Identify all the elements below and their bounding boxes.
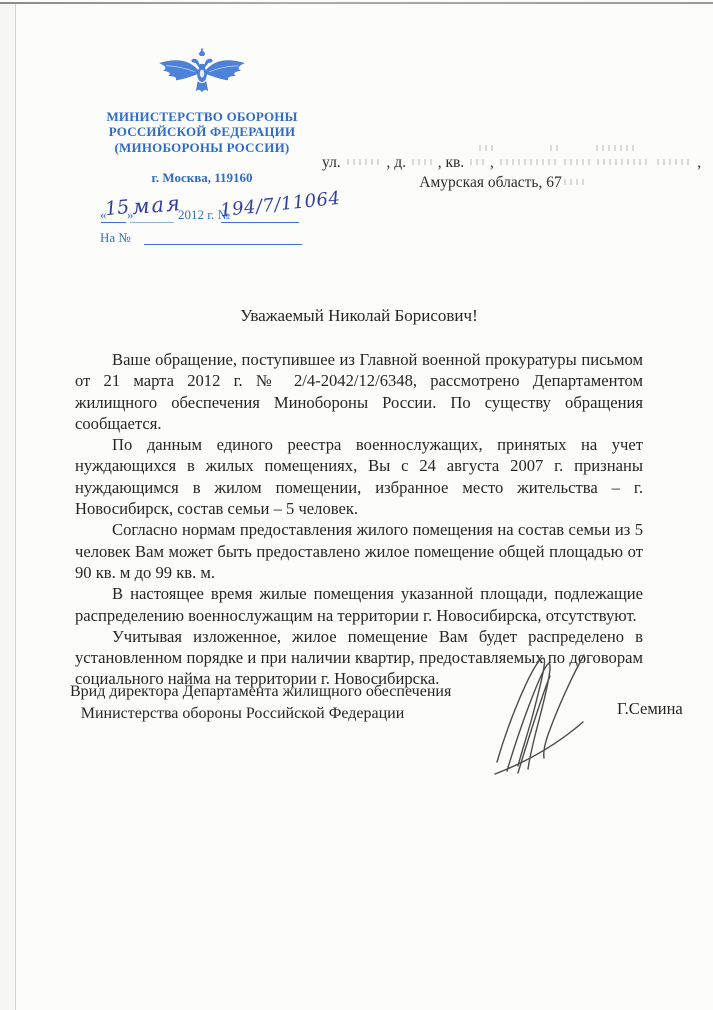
scan-edge-left — [15, 4, 16, 1010]
org-name-line1: МИНИСТЕРСТВО ОБОРОНЫ — [82, 109, 322, 124]
signer-name: Г.Семина — [617, 699, 683, 719]
letter-body: Ваше обращение, поступившее из Главной в… — [75, 349, 643, 690]
scan-edge-left-band — [0, 4, 15, 1010]
reference-underline — [144, 228, 302, 245]
signer-position-block: Врид директора Департамента жилищного об… — [70, 681, 415, 724]
region-text: Амурская область, 67 — [419, 174, 561, 191]
erased-text-trace — [564, 159, 590, 165]
body-paragraph: Согласно нормам предоставления жилого по… — [75, 519, 643, 583]
letterhead-city-line: г. Москва, 119160 — [82, 170, 322, 186]
recipient-address-block: ул. , д. , кв. , , Амурская область, 67 — [322, 136, 708, 192]
erased-house-number — [412, 159, 432, 165]
erased-postal-digits — [564, 179, 584, 185]
letterhead: МИНИСТЕРСТВО ОБОРОНЫ РОССИЙСКОЙ ФЕДЕРАЦИ… — [82, 48, 322, 186]
body-paragraph: Ваше обращение, поступившее из Главной в… — [75, 349, 643, 434]
street-prefix: ул. — [322, 154, 341, 171]
line-end-comma: , — [697, 154, 701, 171]
erased-text-trace — [596, 145, 638, 151]
erased-street-name — [347, 159, 381, 165]
salutation: Уважаемый Николай Борисович! — [75, 306, 643, 326]
body-paragraph: В настоящее время жилые помещения указан… — [75, 583, 643, 626]
handwritten-month: мая — [131, 191, 183, 219]
erased-text-trace — [597, 159, 649, 165]
handwritten-signature-icon — [487, 652, 601, 776]
erased-text-trace — [657, 159, 691, 165]
org-name-line2: РОССИЙСКОЙ ФЕДЕРАЦИИ — [82, 124, 322, 139]
erased-address-line — [322, 136, 708, 152]
scanned-letter-page: МИНИСТЕРСТВО ОБОРОНЫ РОССИЙСКОЙ ФЕДЕРАЦИ… — [0, 0, 713, 1010]
street-address-line: ул. , д. , кв. , , — [322, 152, 708, 173]
org-name-line3: (МИНОБОРОНЫ РОССИИ) — [82, 140, 322, 155]
erased-text-trace — [550, 145, 560, 151]
house-prefix: , д. — [386, 154, 406, 171]
body-paragraph: По данным единого реестра военнослужащих… — [75, 434, 643, 519]
reference-number-row: На № — [100, 230, 320, 250]
region-line: Амурская область, 67 — [322, 174, 708, 192]
separator-comma: , — [490, 154, 494, 171]
erased-locality — [500, 159, 556, 165]
erased-apartment-number — [470, 159, 484, 165]
erased-text-trace — [479, 145, 495, 151]
signer-position-line1: Врид директора Департамента жилищного об… — [70, 681, 415, 703]
reference-label: На № — [100, 230, 131, 245]
scan-edge-top — [0, 2, 713, 4]
double-headed-eagle-emblem-icon — [158, 48, 246, 100]
signer-position-line2: Министерства обороны Российской Федераци… — [70, 703, 415, 725]
apartment-prefix: , кв. — [438, 154, 464, 171]
date-and-number-row: « 15 » мая 2012 г. № 194/7/11064 — [96, 196, 326, 232]
